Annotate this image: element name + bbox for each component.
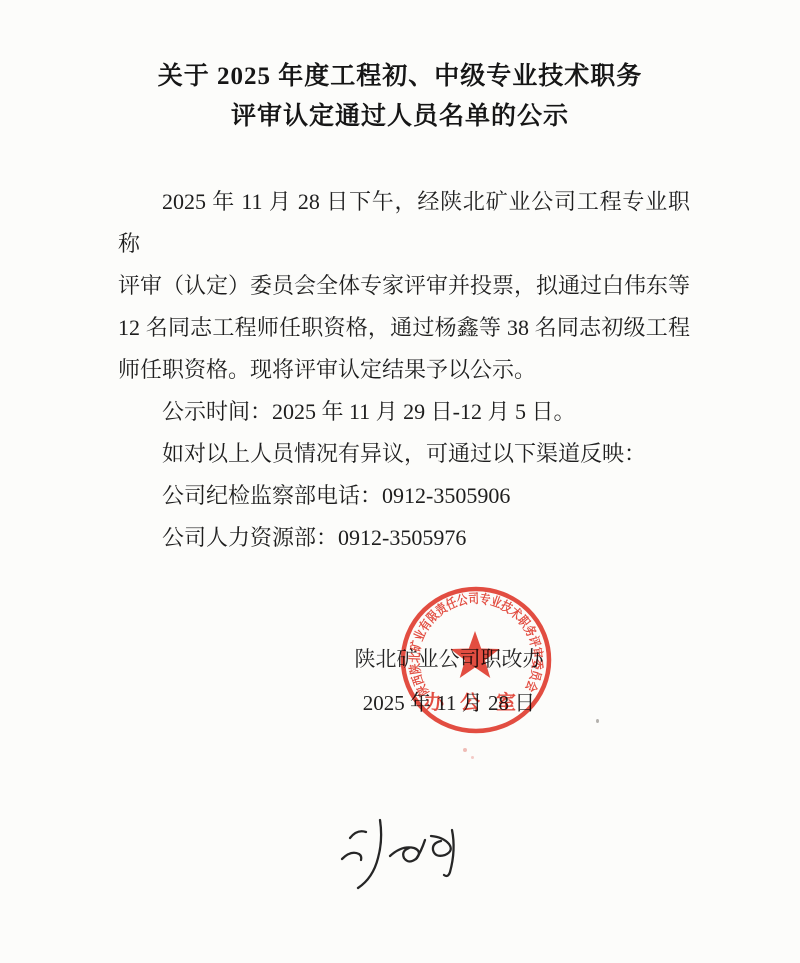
seal-star-icon — [450, 631, 499, 678]
scan-speck — [471, 756, 474, 759]
official-seal: 陕西陕北矿业有限责任公司专业技术职务评审委员会 办公室 — [397, 582, 557, 742]
notice-line-discipline-phone: 公司纪检监察部电话：0912-3505906 — [118, 475, 690, 517]
body-line: 12 名同志工程师任职资格，通过杨鑫等 38 名同志初级工程 — [118, 307, 690, 349]
title-line-1: 关于 2025 年度工程初、中级专业技术职务 — [0, 57, 800, 97]
scan-speck — [596, 719, 599, 723]
handwritten-signature-icon — [328, 812, 473, 902]
scanned-notice-page: 关于 2025 年度工程初、中级专业技术职务 评审认定通过人员名单的公示 202… — [0, 0, 800, 963]
title-line-2: 评审认定通过人员名单的公示 — [0, 97, 800, 137]
body-line: 2025 年 11 月 28 日下午，经陕北矿业公司工程专业职称 — [118, 181, 690, 265]
seal-office-label: 办公室 — [424, 690, 532, 714]
body-line: 师任职资格。现将评审认定结果予以公示。 — [118, 349, 690, 391]
body-line: 评审（认定）委员会全体专家评审并投票，拟通过白伟东等 — [118, 265, 690, 307]
notice-line-objection: 如对以上人员情况有异议，可通过以下渠道反映： — [118, 433, 690, 475]
notice-line-hr-phone: 公司人力资源部：0912-3505976 — [118, 517, 690, 559]
document-title: 关于 2025 年度工程初、中级专业技术职务 评审认定通过人员名单的公示 — [0, 57, 800, 137]
document-body: 2025 年 11 月 28 日下午，经陕北矿业公司工程专业职称 评审（认定）委… — [118, 181, 690, 559]
scan-speck — [463, 748, 467, 752]
notice-line-publicity-period: 公示时间：2025 年 11 月 29 日-12 月 5 日。 — [118, 391, 690, 433]
